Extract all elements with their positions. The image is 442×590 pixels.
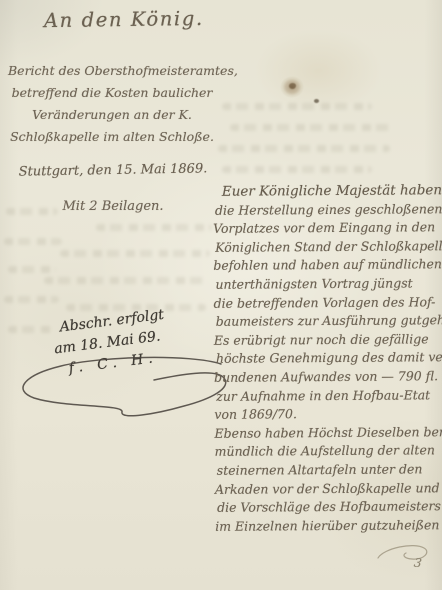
show-through-text: [8, 326, 54, 333]
manuscript-line: höchste Genehmigung des damit ver-: [216, 349, 442, 369]
ink-speck: [314, 99, 319, 103]
body-text-column: Euer Königliche Majestät haben die Herst…: [213, 181, 442, 536]
pencil-curl-stroke: [372, 538, 434, 578]
manuscript-line: mündlich die Aufstellung der alten: [215, 442, 442, 462]
manuscript-line: befohlen und haben auf mündlichen: [213, 256, 442, 276]
show-through-text: [4, 296, 59, 303]
show-through-text: [230, 124, 392, 131]
manuscript-line: Euer Königliche Majestät haben: [213, 181, 442, 201]
manuscript-line: Arkaden vor der Schloßkapelle und: [215, 479, 442, 499]
show-through-text: [4, 238, 62, 245]
manuscript-line: im Einzelnen hierüber gutzuheißen: [215, 516, 442, 536]
manuscript-line: die Vorschläge des Hofbaumeisters: [217, 497, 442, 517]
enclosure-note: Mit 2 Beilagen.: [16, 199, 210, 214]
document-title: An den König.: [44, 7, 204, 32]
manuscript-line: Vorplatzes vor dem Eingang in den: [213, 218, 442, 238]
folio-number: 3: [413, 556, 423, 571]
manuscript-line: Königlichen Stand der Schloßkapelle: [215, 237, 442, 257]
reference-block: Bericht des Obersthofmeisteramtes, betre…: [8, 60, 216, 148]
ink-stain: [280, 76, 304, 98]
manuscript-line: steinernen Altartafeln unter den: [217, 460, 442, 480]
manuscript-line: Ebenso haben Höchst Dieselben bereits: [214, 423, 442, 443]
show-through-text: [96, 224, 212, 231]
reference-line: Schloßkapelle im alten Schloße.: [8, 126, 216, 148]
manuscript-line: bundenen Aufwandes von — 790 fl.: [214, 367, 442, 387]
reference-line: Veränderungen an der K.: [8, 104, 216, 126]
manuscript-line: die Herstellung eines geschloßenen: [215, 200, 442, 220]
show-through-text: [222, 103, 372, 110]
manuscript-line: die betreffenden Vorlagen des Hof-: [214, 293, 442, 313]
show-through-text: [44, 277, 209, 284]
show-through-text: [218, 145, 390, 152]
pencil-mark: [372, 538, 434, 582]
signature-flourish: [6, 352, 241, 431]
manuscript-line: von 1869/70.: [214, 404, 442, 424]
show-through-text: [60, 250, 210, 257]
reference-line: Bericht des Obersthofmeisteramtes,: [8, 60, 216, 82]
manuscript-page: An den König. Bericht des Obersthofmeist…: [0, 0, 442, 590]
manuscript-line: unterthänigsten Vortrag jüngst: [215, 274, 442, 294]
manuscript-line: baumeisters zur Ausführung gutgeheißen.: [216, 311, 442, 331]
show-through-text: [8, 266, 56, 273]
manuscript-line: Es erübrigt nur noch die gefällige: [214, 330, 442, 350]
ink-stain-core: [289, 83, 296, 89]
manuscript-line: zur Aufnahme in den Hofbau-Etat: [216, 386, 442, 406]
dateline: Stuttgart, den 15. Mai 1869.: [16, 161, 210, 179]
show-through-text: [222, 166, 372, 173]
flourish-stroke: [6, 352, 241, 427]
reference-line: betreffend die Kosten baulicher: [8, 82, 216, 104]
